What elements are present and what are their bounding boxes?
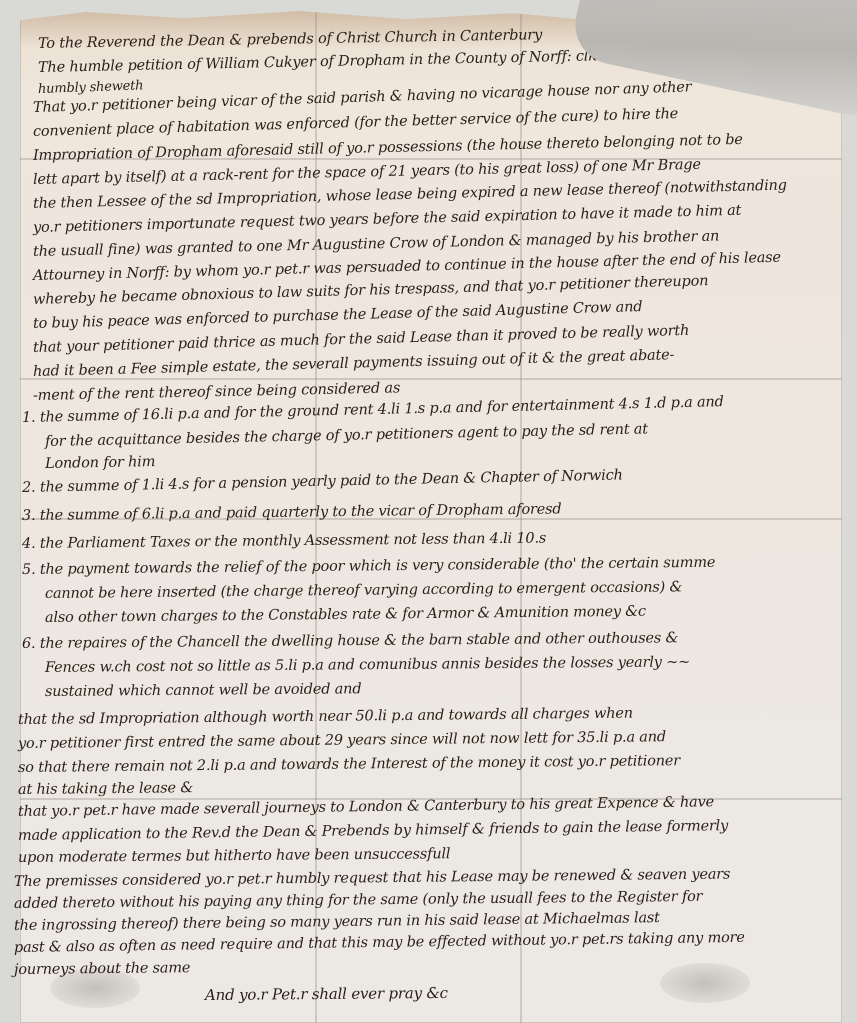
closing-line: that the sd Impropriation although worth… bbox=[18, 706, 633, 728]
item-number: 2. bbox=[22, 480, 36, 496]
petitioner-line: The humble petition of William Cukyer of… bbox=[38, 48, 597, 76]
closing-line: upon moderate termes but hitherto have b… bbox=[18, 846, 450, 866]
item-number: 4. bbox=[22, 536, 36, 552]
item-3-line: 3. the summe of 6.li p.a and paid quarte… bbox=[22, 501, 562, 524]
item-6-line: Fences w.ch cost not so little as 5.li p… bbox=[45, 654, 690, 676]
signoff-line: And yo.r Pet.r shall ever pray &c bbox=[205, 984, 448, 1004]
item-6-line: 6. the repaires of the Chancell the dwel… bbox=[22, 630, 678, 652]
item-1-line: for the acquittance besides the charge o… bbox=[45, 421, 648, 450]
closing-line: added thereto without his paying any thi… bbox=[14, 889, 703, 912]
item-5-line: also other town charges to the Constable… bbox=[45, 604, 646, 626]
closing-line: that yo.r pet.r have made severall journ… bbox=[18, 794, 714, 820]
closing-line: so that there remain not 2.li p.a and to… bbox=[18, 753, 680, 776]
item-4-line: 4. the Parliament Taxes or the monthly A… bbox=[22, 531, 546, 552]
item-5-line: cannot be here inserted (the charge ther… bbox=[45, 579, 682, 602]
body-line: -ment of the rent thereof since being co… bbox=[33, 380, 400, 404]
item-2-line: 2. the summe of 1.li 4.s for a pension y… bbox=[22, 467, 623, 496]
closing-line: past & also as often as need require and… bbox=[14, 930, 745, 956]
item-number: 1. bbox=[22, 410, 36, 426]
closing-line: yo.r petitioner first entred the same ab… bbox=[18, 729, 666, 752]
address-line: To the Reverend the Dean & prebends of C… bbox=[38, 27, 542, 52]
closing-line: made application to the Rev.d the Dean &… bbox=[18, 818, 728, 844]
item-number: 5. bbox=[22, 562, 36, 578]
item-number: 6. bbox=[22, 636, 36, 652]
closing-line: The premisses considered yo.r pet.r humb… bbox=[14, 866, 730, 889]
closing-line: at his taking the lease & bbox=[18, 780, 193, 798]
item-1-line: London for him bbox=[45, 454, 155, 472]
item-5-line: 5. the payment towards the relief of the… bbox=[22, 555, 715, 578]
showeth-line: humbly sheweth bbox=[38, 78, 144, 97]
item-number: 3. bbox=[22, 508, 36, 524]
item-6-line: sustained which cannot well be avoided a… bbox=[45, 681, 362, 700]
manuscript-text: To the Reverend the Dean & prebends of C… bbox=[0, 0, 857, 1023]
closing-line: the ingrossing thereof) there being so m… bbox=[14, 910, 660, 934]
closing-line: journeys about the same bbox=[14, 960, 190, 978]
